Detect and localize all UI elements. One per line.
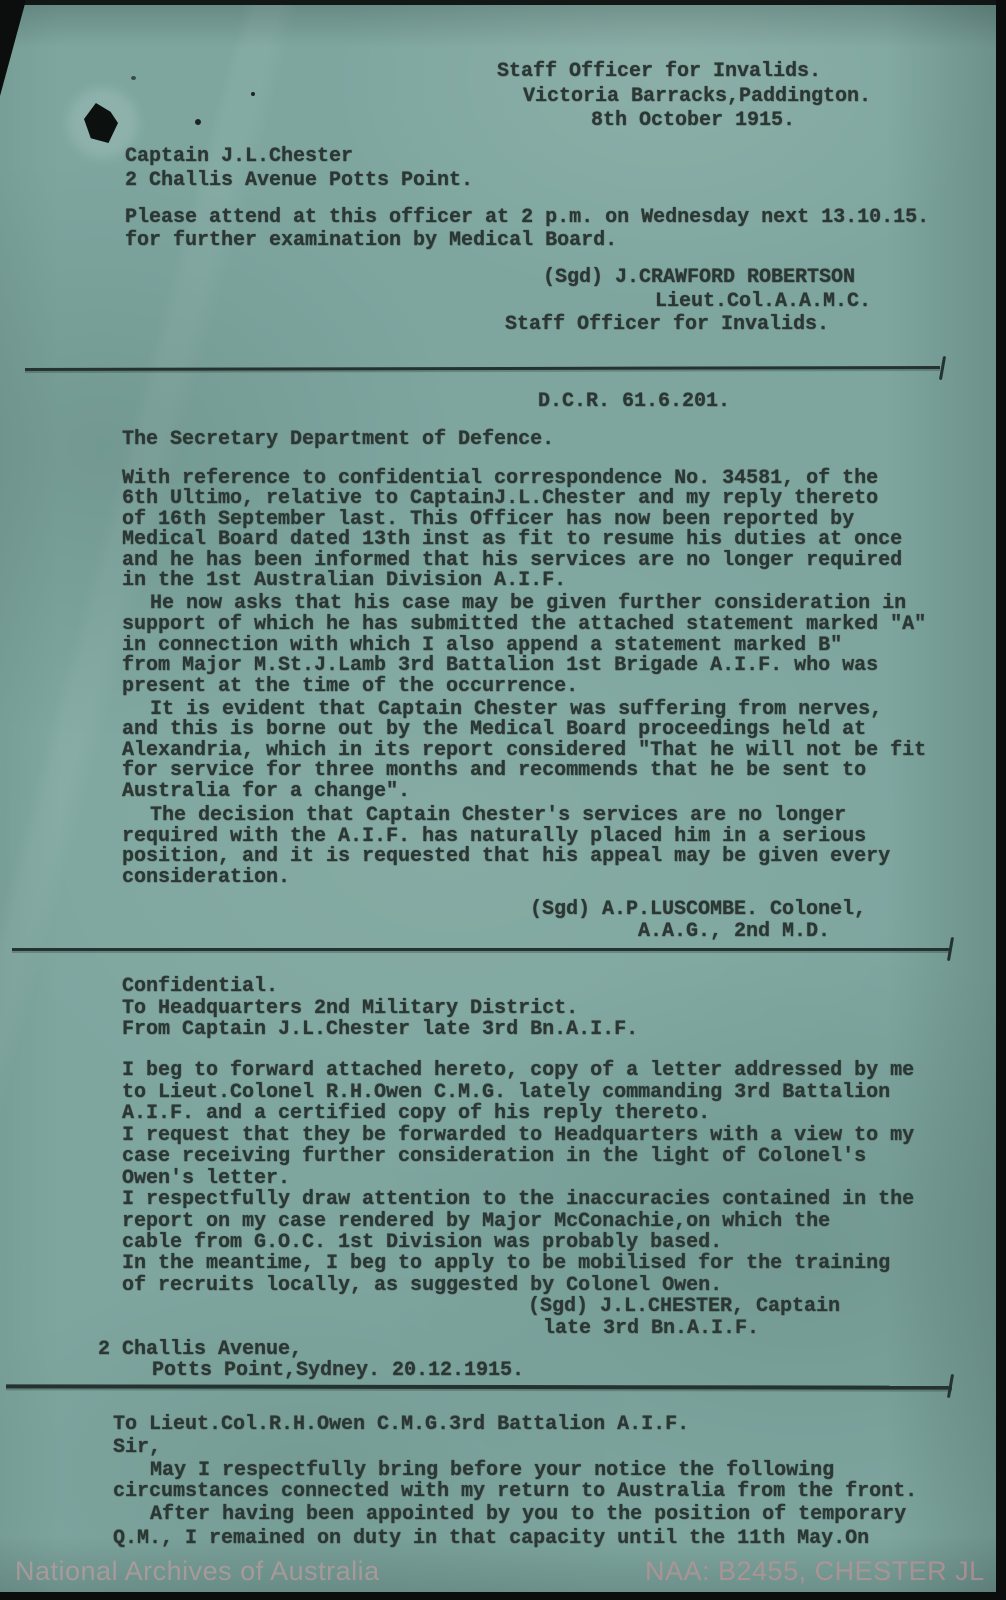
typed-line: for further examination by Medical Board… — [125, 231, 617, 251]
typed-line: The decision that Captain Chester's serv… — [150, 806, 846, 826]
typed-line: In the meantime, I beg to apply to be mo… — [122, 1254, 890, 1274]
typed-line: Captain J.L.Chester — [125, 147, 353, 167]
typed-line: Lieut.Col.A.A.M.C. — [655, 292, 871, 312]
typed-line: From Captain J.L.Chester late 3rd Bn.A.I… — [122, 1020, 638, 1040]
naa-watermark-right: NAA: B2455, CHESTER JL — [645, 1556, 985, 1587]
typed-line: present at the time of the occurrence. — [122, 677, 578, 697]
typed-line: 6th Ultimo, relative to CaptainJ.L.Chest… — [122, 489, 878, 509]
typed-line: from Major M.St.J.Lamb 3rd Battalion 1st… — [122, 656, 878, 676]
typed-line: After having been appointed by you to th… — [150, 1505, 906, 1525]
typed-line: 2 Challis Avenue Potts Point. — [125, 171, 473, 191]
typed-line: He now asks that his case may be given f… — [150, 594, 906, 614]
typed-line: of recruits locally, as suggested by Col… — [122, 1276, 722, 1296]
typed-line: and he has been informed that his servic… — [122, 551, 902, 571]
typed-line: Victoria Barracks,Paddington. — [523, 87, 871, 107]
typed-line: 2 Challis Avenue, — [98, 1340, 302, 1360]
paper-speck — [251, 92, 255, 96]
typed-line: It is evident that Captain Chester was s… — [150, 700, 882, 720]
typed-line: 8th October 1915. — [591, 111, 795, 131]
typed-line: Please attend at this officer at 2 p.m. … — [125, 208, 929, 228]
typed-line: of 16th September last. This Officer has… — [122, 510, 854, 530]
typed-line: Q.M., I remained on duty in that capacit… — [113, 1529, 869, 1549]
typed-line: Medical Board dated 13th inst as fit to … — [122, 530, 902, 550]
typed-line: I respectfully draw attention to the ina… — [122, 1190, 914, 1210]
typed-line: A.I.F. and a certified copy of his reply… — [122, 1104, 710, 1124]
typed-line: late 3rd Bn.A.I.F. — [543, 1319, 759, 1339]
scan-edge-top — [0, 0, 1006, 5]
typed-line: circumstances connected with my return t… — [113, 1482, 917, 1502]
typed-line: in the 1st Australian Division A.I.F. — [122, 571, 566, 591]
typed-line: To Headquarters 2nd Military District. — [122, 999, 578, 1019]
typed-line: (Sgd) J.CRAWFORD ROBERTSON — [543, 268, 855, 288]
typed-line: Staff Officer for Invalids. — [505, 315, 829, 335]
typed-line: Owen's letter. — [122, 1169, 290, 1189]
scan-edge-right — [996, 0, 1006, 1600]
typed-line: case receiving further consideration in … — [122, 1147, 866, 1167]
typed-line: Staff Officer for Invalids. — [497, 62, 821, 82]
typed-line: Australia for a change". — [122, 782, 410, 802]
typed-line: in connection with which I also append a… — [122, 636, 842, 656]
typed-line: May I respectfully bring before your not… — [150, 1461, 834, 1481]
typed-line: To Lieut.Col.R.H.Owen C.M.G.3rd Battalio… — [113, 1415, 689, 1435]
ink-divider-2 — [12, 948, 951, 951]
typed-line: support of which he has submitted the at… — [122, 615, 926, 635]
typed-line: Confidential. — [122, 977, 278, 997]
typed-line: to Lieut.Colonel R.H.Owen C.M.G. lately … — [122, 1083, 890, 1103]
typed-line: The Secretary Department of Defence. — [122, 430, 554, 450]
typed-line: for service for three months and recomme… — [122, 761, 866, 781]
typed-line: I beg to forward attached hereto, copy o… — [122, 1061, 914, 1081]
typed-line: Sir, — [113, 1438, 161, 1458]
document-scan: Staff Officer for Invalids.Victoria Barr… — [0, 0, 1006, 1600]
typed-line: consideration. — [122, 868, 290, 888]
typed-line: (Sgd) J.L.CHESTER, Captain — [528, 1297, 840, 1317]
typed-line: report on my case rendered by Major McCo… — [122, 1212, 830, 1232]
naa-watermark-left: National Archives of Australia — [15, 1556, 380, 1587]
typed-line: Potts Point,Sydney. 20.12.1915. — [152, 1361, 524, 1381]
typed-line: With reference to confidential correspon… — [122, 469, 878, 489]
typewritten-text-layer: Staff Officer for Invalids.Victoria Barr… — [0, 0, 1006, 1600]
typed-line: A.A.G., 2nd M.D. — [638, 922, 830, 942]
paper-speck — [131, 76, 136, 80]
typed-line: position, and it is requested that his a… — [122, 847, 890, 867]
typed-line: (Sgd) A.P.LUSCOMBE. Colonel, — [530, 900, 866, 920]
typed-line: Alexandria, which in its report consider… — [122, 741, 926, 761]
paper-speck — [195, 119, 201, 125]
typed-line: and this is borne out by the Medical Boa… — [122, 720, 866, 740]
typed-line: I request that they be forwarded to Head… — [122, 1126, 914, 1146]
scan-edge-bottom — [0, 1592, 1006, 1600]
typed-line: cable from G.O.C. 1st Division was proba… — [122, 1233, 722, 1253]
typed-line: required with the A.I.F. has naturally p… — [122, 827, 866, 847]
typed-line: D.C.R. 61.6.201. — [538, 392, 730, 412]
